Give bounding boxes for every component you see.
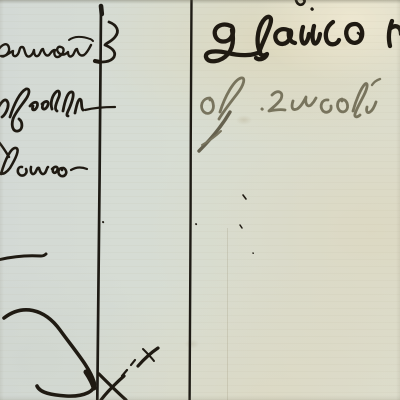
manuscript-page	[0, 0, 400, 400]
overline-tilde	[69, 37, 93, 41]
handwritten-heading-glauol	[206, 9, 400, 61]
brace-flourish	[95, 22, 117, 62]
top-edge-mark	[296, 0, 305, 5]
column-divider-left-top-blob	[101, 6, 102, 14]
column-divider-right	[190, 0, 192, 400]
bottom-paraph	[99, 348, 158, 400]
ink-specks	[103, 195, 253, 253]
large-flourish	[0, 254, 94, 396]
dark-ink-handwriting	[0, 0, 400, 400]
ink-layer	[0, 0, 400, 400]
handwritten-word-leue	[0, 141, 87, 176]
faded-ink-handwriting	[199, 78, 380, 151]
handwritten-word-hedlb	[0, 89, 115, 131]
trailing-dash	[71, 168, 87, 170]
accent-tick	[372, 79, 380, 85]
column-divider-left	[97, 7, 101, 400]
handwritten-word-celuton	[0, 37, 93, 57]
